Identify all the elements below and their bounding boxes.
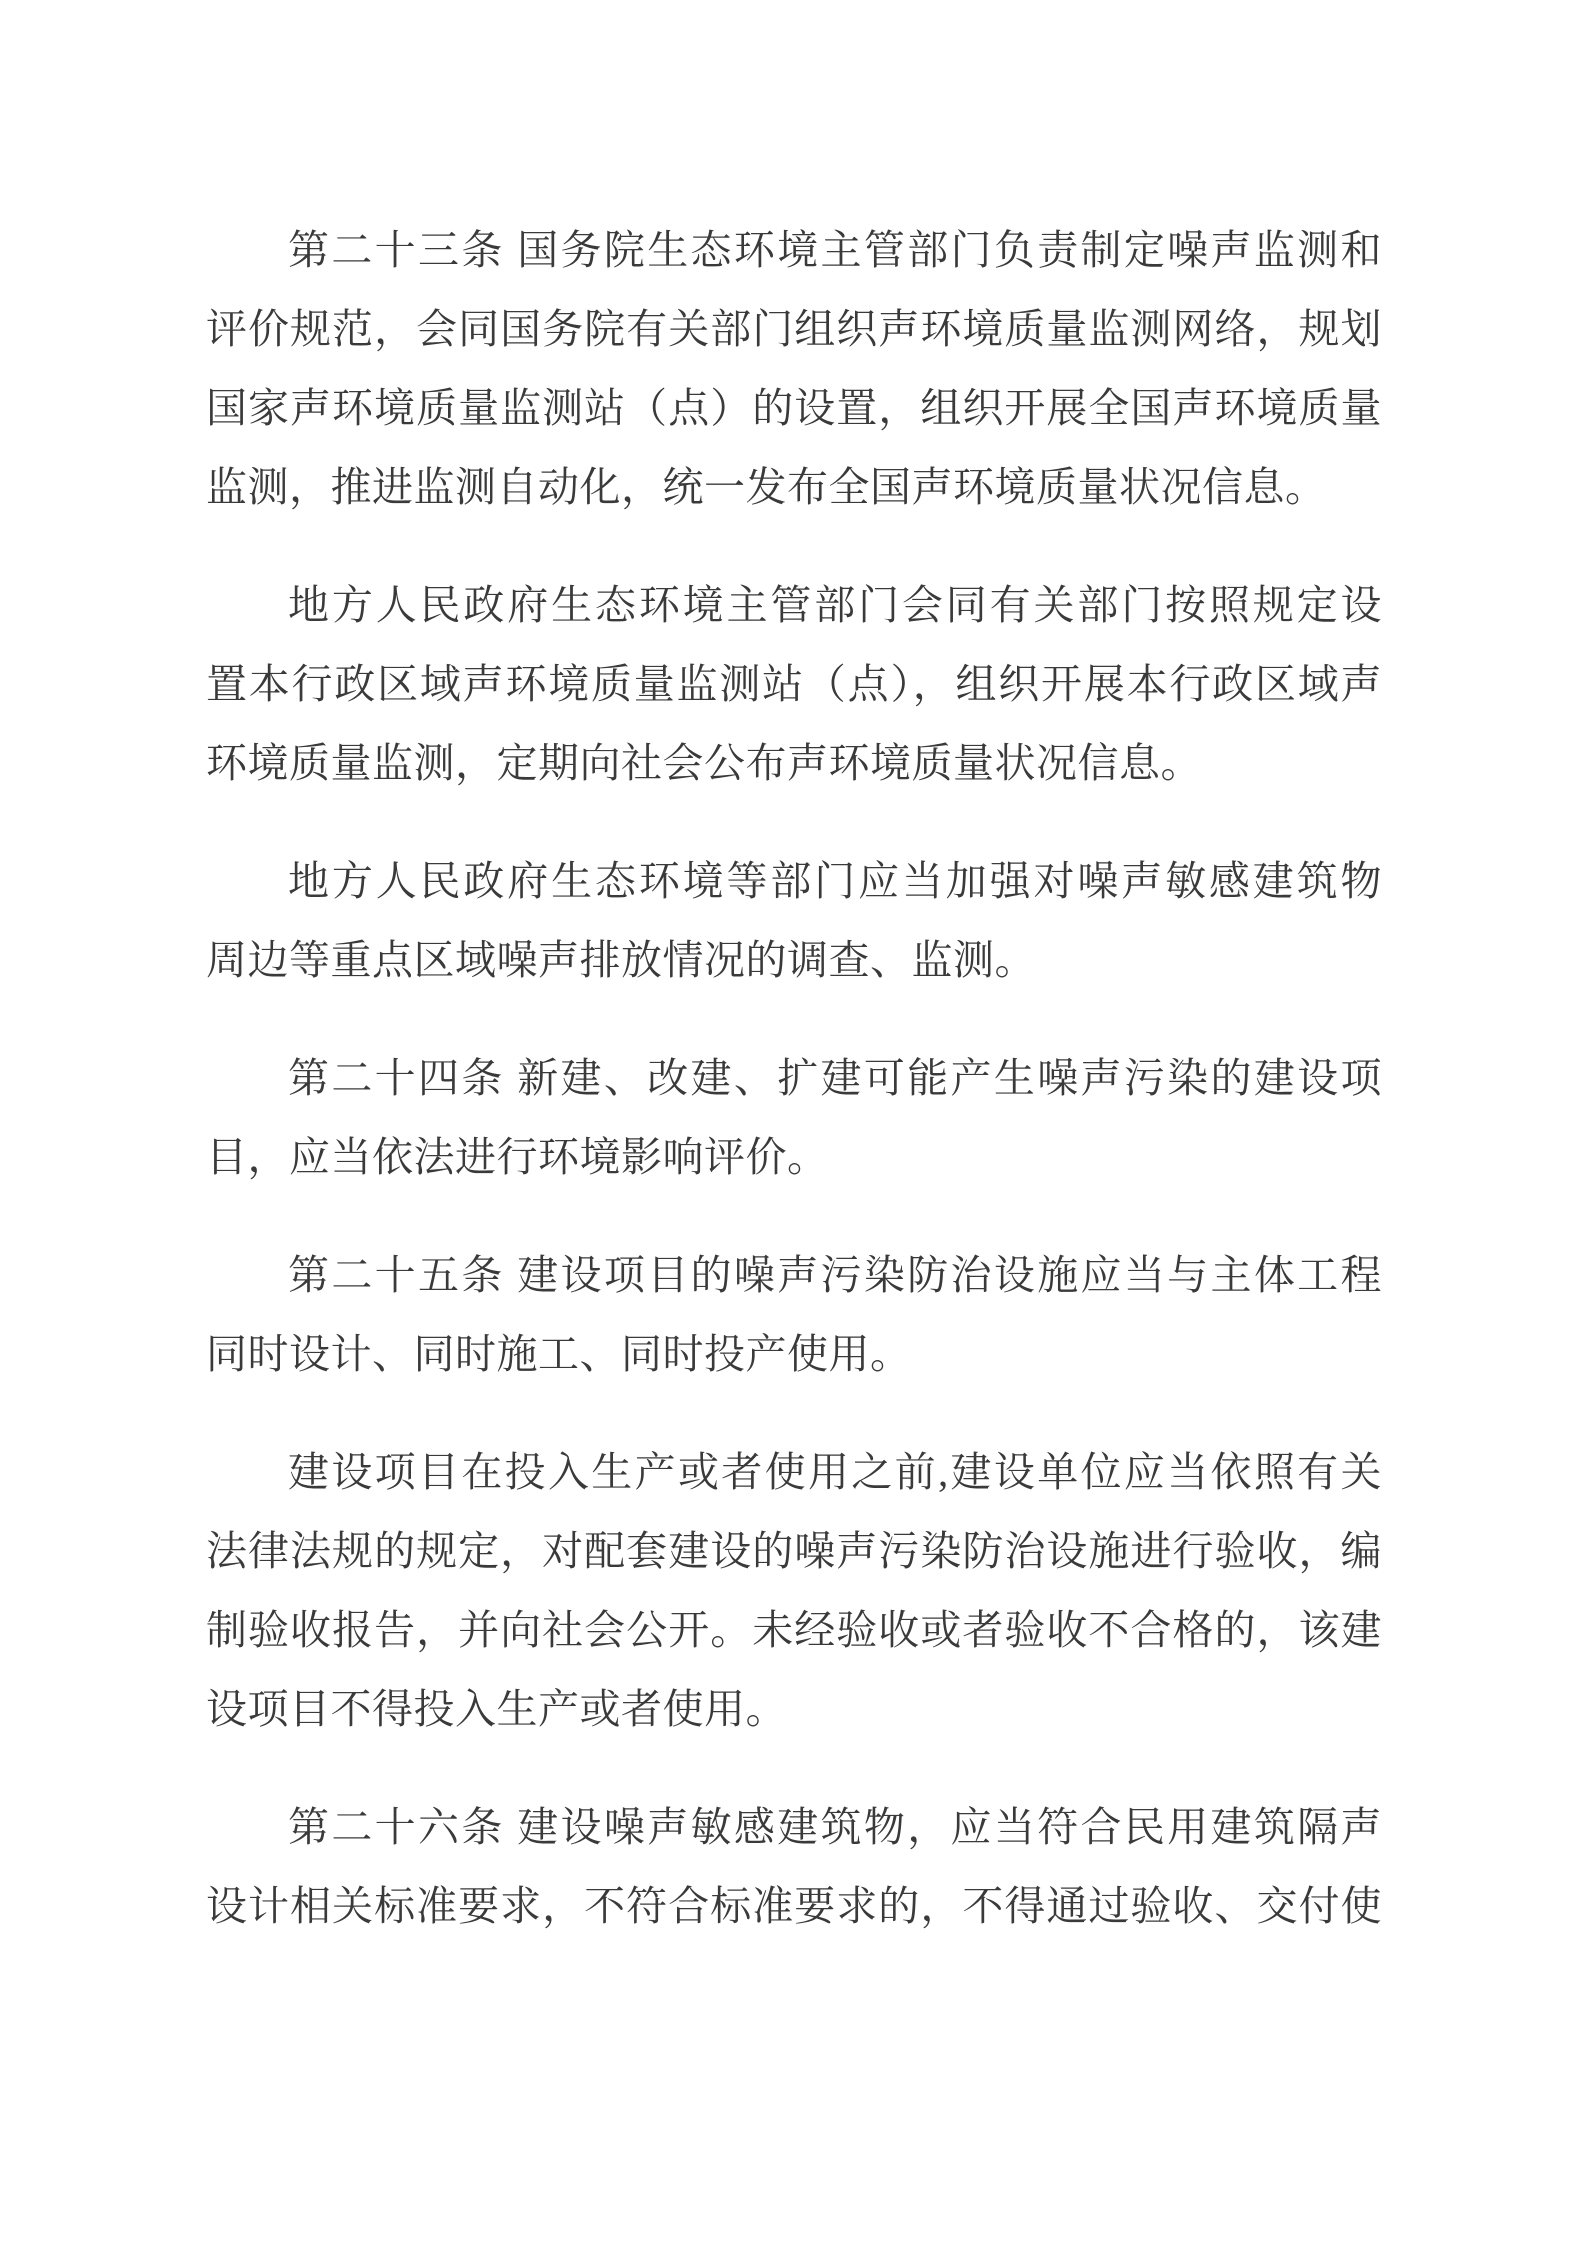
text-line: 法律法规的规定，对配套建设的噪声污染防治设施进行验收，编 xyxy=(206,1512,1382,1591)
text-line: 同时设计、同时施工、同时投产使用。 xyxy=(206,1315,1382,1394)
text-line: 第二十五条 建设项目的噪声污染防治设施应当与主体工程 xyxy=(206,1236,1382,1315)
paragraph-article-24: 第二十四条 新建、改建、扩建可能产生噪声污染的建设项目，应当依法进行环境影响评价… xyxy=(206,1039,1382,1197)
paragraph-article-23-clause-3: 地方人民政府生态环境等部门应当加强对噪声敏感建筑物周边等重点区域噪声排放情况的调… xyxy=(206,842,1382,1000)
paragraph-article-25-clause-1: 第二十五条 建设项目的噪声污染防治设施应当与主体工程同时设计、同时施工、同时投产… xyxy=(206,1236,1382,1394)
text-line: 第二十六条 建设噪声敏感建筑物，应当符合民用建筑隔声 xyxy=(206,1788,1382,1867)
text-line: 监测，推进监测自动化，统一发布全国声环境质量状况信息。 xyxy=(206,448,1382,527)
text-line: 地方人民政府生态环境主管部门会同有关部门按照规定设 xyxy=(206,566,1382,645)
text-line: 目，应当依法进行环境影响评价。 xyxy=(206,1118,1382,1197)
text-line: 建设项目在投入生产或者使用之前,建设单位应当依照有关 xyxy=(206,1433,1382,1512)
text-line: 周边等重点区域噪声排放情况的调查、监测。 xyxy=(206,921,1382,1000)
paragraph-article-26: 第二十六条 建设噪声敏感建筑物，应当符合民用建筑隔声设计相关标准要求，不符合标准… xyxy=(206,1788,1382,1946)
text-line: 评价规范，会同国务院有关部门组织声环境质量监测网络，规划 xyxy=(206,290,1382,369)
text-line: 第二十三条 国务院生态环境主管部门负责制定噪声监测和 xyxy=(206,211,1382,290)
text-line: 国家声环境质量监测站（点）的设置，组织开展全国声环境质量 xyxy=(206,369,1382,448)
text-line: 环境质量监测，定期向社会公布声环境质量状况信息。 xyxy=(206,724,1382,803)
text-line: 设项目不得投入生产或者使用。 xyxy=(206,1670,1382,1749)
paragraph-article-25-clause-2: 建设项目在投入生产或者使用之前,建设单位应当依照有关法律法规的规定，对配套建设的… xyxy=(206,1433,1382,1749)
text-line: 第二十四条 新建、改建、扩建可能产生噪声污染的建设项 xyxy=(206,1039,1382,1118)
paragraph-article-23-clause-1: 第二十三条 国务院生态环境主管部门负责制定噪声监测和评价规范，会同国务院有关部门… xyxy=(206,211,1382,527)
text-line: 置本行政区域声环境质量监测站（点），组织开展本行政区域声 xyxy=(206,645,1382,724)
document-body: 第二十三条 国务院生态环境主管部门负责制定噪声监测和评价规范，会同国务院有关部门… xyxy=(206,211,1382,1946)
paragraph-article-23-clause-2: 地方人民政府生态环境主管部门会同有关部门按照规定设置本行政区域声环境质量监测站（… xyxy=(206,566,1382,803)
text-line: 地方人民政府生态环境等部门应当加强对噪声敏感建筑物 xyxy=(206,842,1382,921)
text-line: 设计相关标准要求，不符合标准要求的，不得通过验收、交付使 xyxy=(206,1867,1382,1946)
document-page: 第二十三条 国务院生态环境主管部门负责制定噪声监测和评价规范，会同国务院有关部门… xyxy=(0,0,1587,2245)
text-line: 制验收报告，并向社会公开。未经验收或者验收不合格的，该建 xyxy=(206,1591,1382,1670)
